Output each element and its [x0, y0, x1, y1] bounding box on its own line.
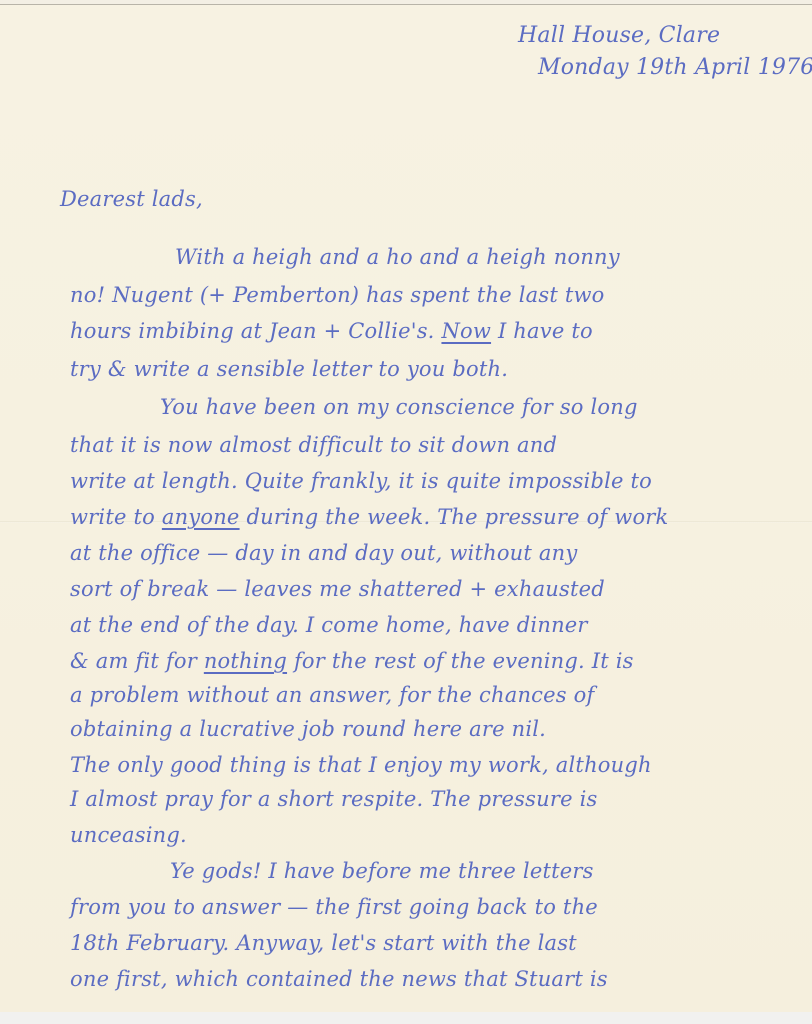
letter-line: unceasing.	[70, 825, 187, 846]
letter-line: The only good thing is that I enjoy my w…	[70, 755, 652, 776]
sender-address: Hall House, Clare	[518, 25, 720, 47]
underlined-word: nothing	[204, 649, 287, 673]
scan-background-edge	[0, 1012, 812, 1024]
letter-line: You have been on my conscience for so lo…	[160, 397, 638, 418]
letter-line: obtaining a lucrative job round here are…	[70, 719, 546, 740]
letter-line: With a heigh and a ho and a heigh nonny	[175, 247, 620, 268]
letter-line: no! Nugent (+ Pemberton) has spent the l…	[70, 285, 605, 306]
letter-line: write to anyone during the week. The pre…	[70, 507, 668, 528]
letter-date: Monday 19th April 1976	[538, 57, 812, 79]
letter-line: a problem without an answer, for the cha…	[70, 685, 594, 706]
letter-line: sort of break — leaves me shattered + ex…	[70, 579, 605, 600]
letter-line: 18th February. Anyway, let's start with …	[70, 933, 577, 954]
letter-line: try & write a sensible letter to you bot…	[70, 359, 508, 380]
letter-line: hours imbibing at Jean + Collie's. Now I…	[70, 321, 593, 342]
underlined-word: Now	[441, 319, 491, 343]
salutation: Dearest lads,	[60, 189, 203, 210]
letter-line: at the office — day in and day out, with…	[70, 543, 577, 564]
underlined-word: anyone	[162, 505, 240, 529]
letter-line: from you to answer — the first going bac…	[70, 897, 598, 918]
letter-line: that it is now almost difficult to sit d…	[70, 435, 557, 456]
letter-line: & am fit for nothing for the rest of the…	[70, 651, 634, 672]
letter-line: Ye gods! I have before me three letters	[170, 861, 594, 882]
letter-line: I almost pray for a short respite. The p…	[70, 789, 598, 810]
letter-page: Hall House, Clare Monday 19th April 1976…	[0, 4, 812, 1013]
letter-line: write at length. Quite frankly, it is qu…	[70, 471, 652, 492]
letter-line: at the end of the day. I come home, have…	[70, 615, 588, 636]
letter-line: one first, which contained the news that…	[70, 969, 608, 990]
